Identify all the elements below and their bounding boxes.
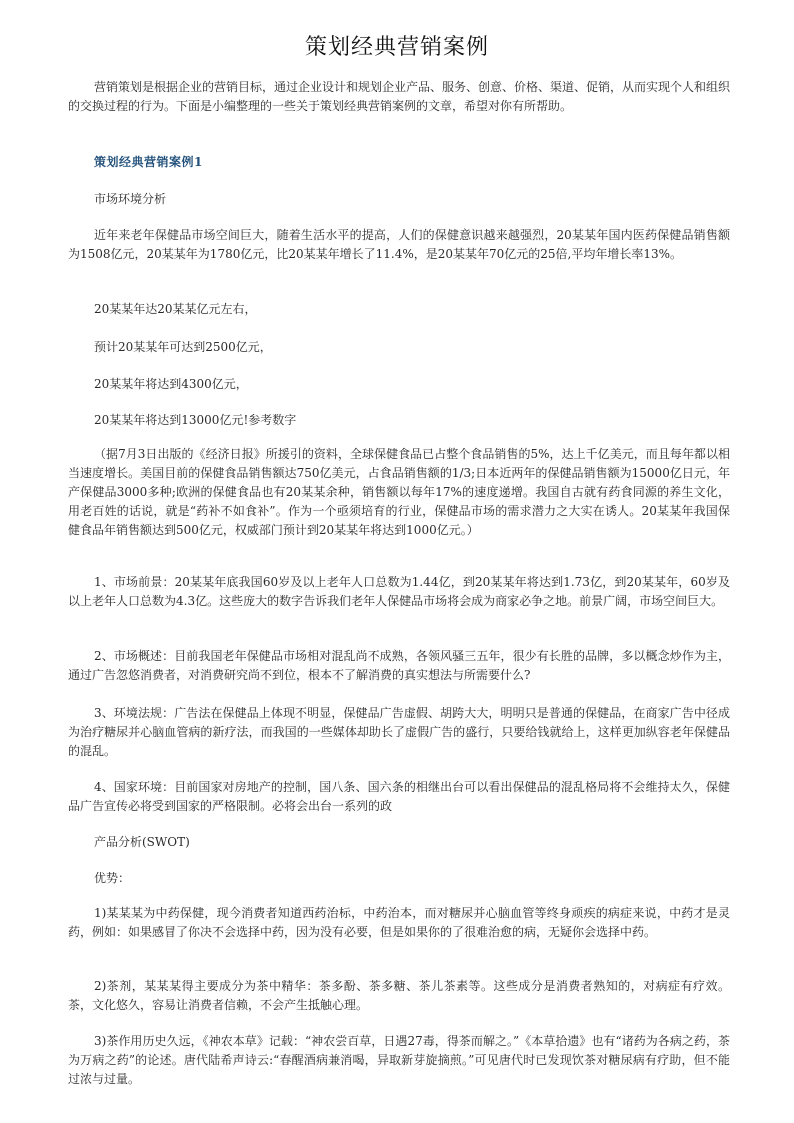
- paragraph-market-size: 近年来老年保健品市场空间巨大，随着生活水平的提高，人们的保健意识越来越强烈，20…: [68, 226, 730, 264]
- paragraph-strength-2: 2)茶剂，某某某得主要成分为茶中精华：茶多酚、茶多糖、茶儿茶素等。这些成分是消费…: [68, 977, 730, 1015]
- document-page: 策划经典营销案例 营销策划是根据企业的营销目标，通过企业设计和规划企业产品、服务…: [0, 0, 794, 1123]
- forecast-line-2: 预计20某某年可达到2500亿元，: [94, 338, 272, 357]
- paragraph-item-3: 3、环境法规：广告法在保健品上体现不明显，保健品广告虚假、胡跨大大，明明只是普通…: [68, 704, 730, 761]
- subheading-strengths: 优势：: [94, 869, 130, 888]
- forecast-line-4: 20某某年将达到13000亿元!参考数字: [94, 411, 296, 430]
- paragraph-strength-1: 1)某某某为中药保健，现今消费者知道西药治标，中药治本，而对糖尿并心脑血管等终身…: [68, 904, 730, 942]
- subheading-market-environment: 市场环境分析: [94, 190, 166, 209]
- document-title: 策划经典营销案例: [0, 30, 794, 61]
- section-heading: 策划经典营销案例1: [94, 153, 203, 170]
- paragraph-item-1: 1、市场前景：20某某年底我国60岁及以上老年人口总数为1.44亿，到20某某年…: [68, 573, 730, 611]
- subheading-swot: 产品分析(SWOT): [94, 833, 190, 852]
- forecast-line-1: 20某某年达20某某亿元左右，: [94, 300, 257, 319]
- intro-paragraph: 营销策划是根据企业的营销目标，通过企业设计和规划企业产品、服务、创意、价格、渠道…: [68, 78, 730, 116]
- paragraph-item-2: 2、市场概述：目前我国老年保健品市场相对混乱尚不成熟，各领风骚三五年，很少有长胜…: [68, 647, 730, 685]
- forecast-line-3: 20某某年将达到4300亿元，: [94, 375, 248, 394]
- paragraph-global-market: （据7月3日出版的《经济日报》所援引的资料，全球保健食品已占整个食品销售的5%，…: [68, 445, 730, 540]
- paragraph-strength-3: 3)茶作用历史久远，《神农本草》记载：“神农尝百草，日遇27毒，得茶而解之。”《…: [68, 1032, 730, 1089]
- paragraph-item-4: 4、国家环境：目前国家对房地产的控制，国八条、国六条的相继出台可以看出保健品的混…: [68, 778, 730, 816]
